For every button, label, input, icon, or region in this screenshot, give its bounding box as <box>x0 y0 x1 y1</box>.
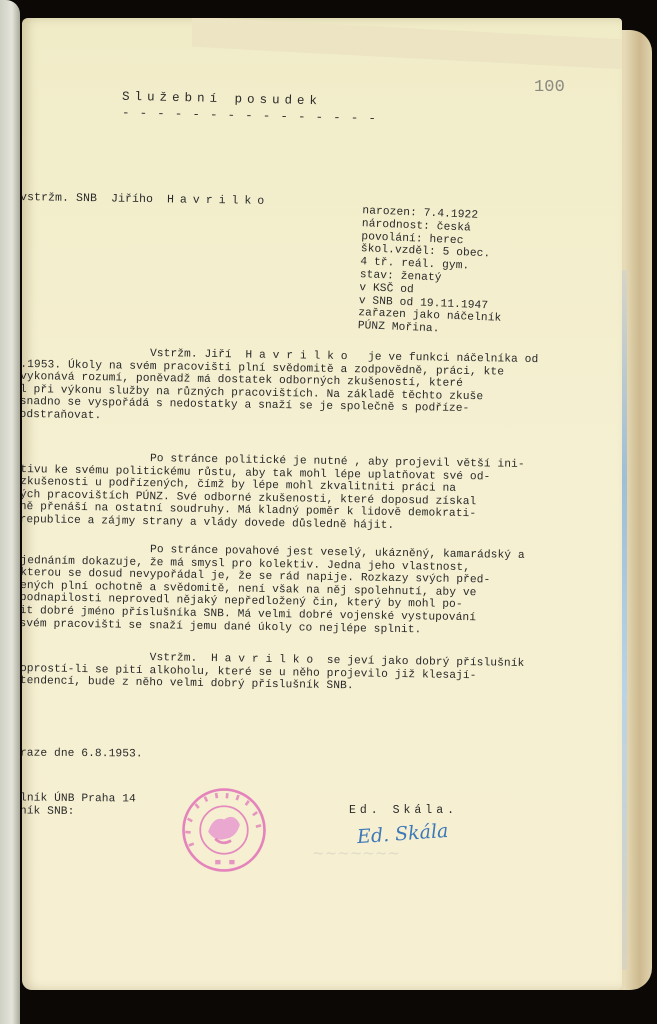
bleed-through-signature: ~~~~~~~ <box>312 844 400 862</box>
official-stamp-icon <box>180 786 268 874</box>
addressee-line: vstržm. SNB JiříhoHavrilko <box>22 192 270 209</box>
paragraph-political: Po stránce politické je nutné , aby proj… <box>22 451 525 534</box>
paragraph-conclusion: Vstržm. H a v r i l k o se jeví jako dob… <box>22 650 524 696</box>
addressee-prefix: vstržm. SNB Jiřího <box>22 191 153 206</box>
paragraph-service: Vstržm. Jiří H a v r i l k o je ve funkc… <box>22 346 538 430</box>
addressee-surname: Havrilko <box>167 193 270 208</box>
blue-sheet-edge <box>622 270 627 970</box>
personal-info-block: narozen: 7.4.1922 národnost: česká povol… <box>357 205 505 339</box>
document-page: 100 Služební posudek - - - - - - - - - -… <box>22 18 622 990</box>
paragraph-character: Po stránce povahové jest veselý, ukázněn… <box>22 542 525 638</box>
title-underline: - - - - - - - - - - - - - - - <box>122 107 377 125</box>
underlying-sheet <box>192 18 622 69</box>
office-block: lník ÚNB Praha 14 ník SNB: <box>22 792 136 818</box>
page-number: 100 <box>534 82 565 95</box>
signer-name: Ed. Skála. <box>349 805 458 818</box>
dateline: raze dne 6.8.1953. <box>22 748 143 761</box>
facing-page-edge <box>0 0 20 1024</box>
document-title: Služební posudek <box>122 91 322 108</box>
